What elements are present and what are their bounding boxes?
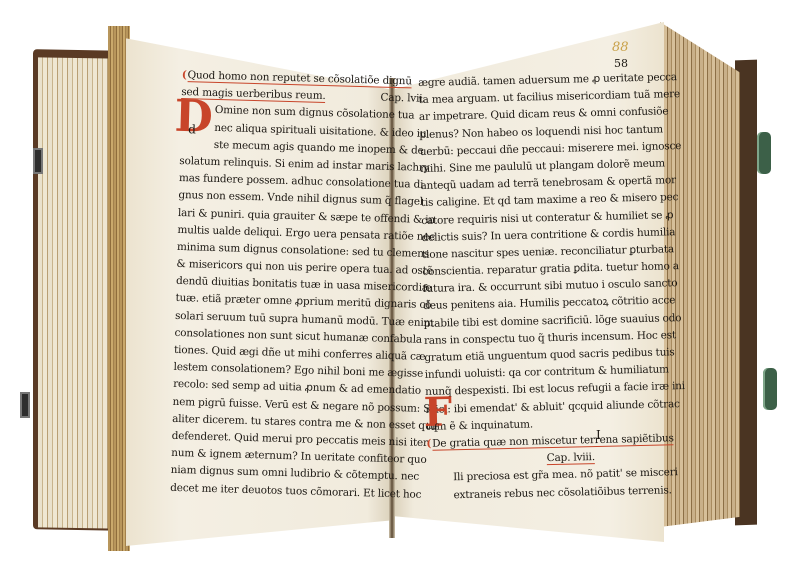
handwritten-folio-number: 88 xyxy=(612,40,629,55)
left-page-text: (Quod homo non reputet se cõsolatiõe dig… xyxy=(170,67,444,504)
right-clasp-top-icon xyxy=(757,132,771,174)
chapter-number: Cap. lviii. xyxy=(547,451,595,465)
book-photo: (Quod homo non reputet se cõsolatiõe dig… xyxy=(0,0,790,574)
left-page-block-edge xyxy=(38,57,116,528)
decorated-initial-f: Ff xyxy=(423,392,452,433)
left-clasp-bottom-icon xyxy=(20,392,30,418)
left-clasp-top-icon xyxy=(33,148,43,174)
printed-folio-number: 58 xyxy=(614,57,628,70)
right-clasp-bottom-icon xyxy=(763,368,777,410)
initial-guide-letter: d xyxy=(188,109,197,149)
decorated-initial-d: Dd xyxy=(174,97,213,138)
signature-mark: I xyxy=(596,428,601,442)
right-page-text: ægre audiã. tamen aduersum me ꝓ ueritate… xyxy=(418,69,689,505)
